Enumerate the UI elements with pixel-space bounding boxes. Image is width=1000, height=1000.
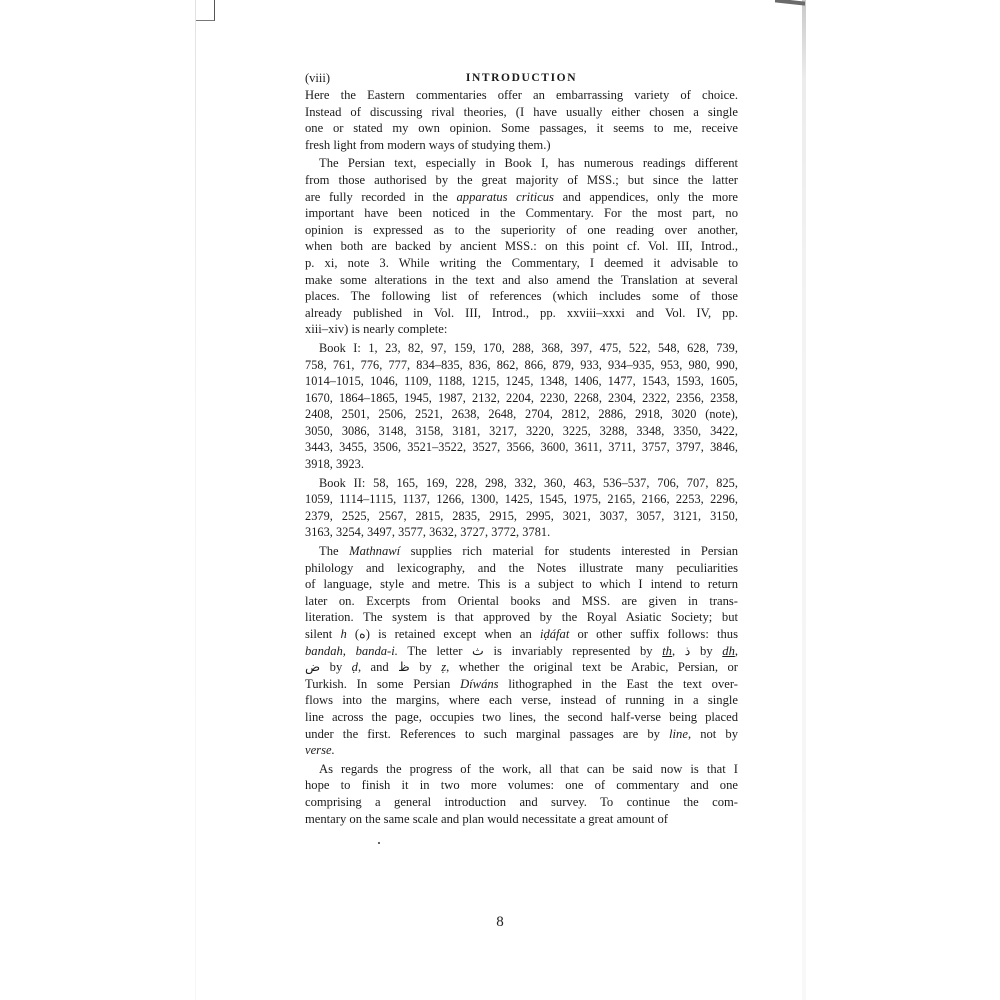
text-line: The Persian text, especially in Book I, … [305, 155, 738, 172]
text-line: 3918, 3923. [305, 456, 738, 473]
text-line: 3443, 3455, 3506, 3521–3522, 3527, 3566,… [305, 439, 738, 456]
text-line: Turkish. In some Persian Díwáns lithogra… [305, 676, 738, 693]
text-line: important have been noticed in the Comme… [305, 205, 738, 222]
text-line: Book II: 58, 165, 169, 228, 298, 332, 36… [305, 475, 738, 492]
text-line: 3163, 3254, 3497, 3577, 3632, 3727, 3772… [305, 524, 738, 541]
text-line: silent h (ه) is retained except when an … [305, 626, 738, 643]
text-line: make some alterations in the text and al… [305, 272, 738, 289]
text-line: opinion is expressed as to the superiori… [305, 222, 738, 239]
paragraph-book1: Book I: 1, 23, 82, 97, 159, 170, 288, 36… [305, 340, 738, 473]
chapter-title: INTRODUCTION [466, 70, 577, 87]
folio: (viii) [305, 70, 330, 87]
text-line: comprising a general introduction and su… [305, 794, 738, 811]
text-line: mentary on the same scale and plan would… [305, 811, 738, 828]
text-line: 2408, 2501, 2506, 2521, 2638, 2648, 2704… [305, 406, 738, 423]
text-line: ض by ḍ, and ظ by ẓ, whether the original… [305, 659, 738, 676]
running-head: (viii) INTRODUCTION [305, 70, 738, 87]
text-line: As regards the progress of the work, all… [305, 761, 738, 778]
book-page: (viii) INTRODUCTION Here the Eastern com… [305, 70, 738, 827]
text-line: 1059, 1114–1115, 1137, 1266, 1300, 1425,… [305, 491, 738, 508]
scan-crop-mark-right [775, 0, 805, 6]
text-line: 758, 761, 776, 777, 834–835, 836, 862, 8… [305, 357, 738, 374]
text-line: from those authorised by the great major… [305, 172, 738, 189]
paragraph-p4: As regards the progress of the work, all… [305, 761, 738, 827]
text-line: Instead of discussing rival theories, (I… [305, 104, 738, 121]
text-line: 3050, 3086, 3148, 3158, 3181, 3217, 3220… [305, 423, 738, 440]
body-text: Here the Eastern commentaries offer an e… [305, 87, 738, 827]
text-line: flows into the margins, where each verse… [305, 692, 738, 709]
text-line: 2379, 2525, 2567, 2815, 2835, 2915, 2995… [305, 508, 738, 525]
text-line: fresh light from modern ways of studying… [305, 137, 738, 154]
text-line: when both are backed by ancient MSS.: on… [305, 238, 738, 255]
text-line: later on. Excerpts from Oriental books a… [305, 593, 738, 610]
paragraph-p2: The Persian text, especially in Book I, … [305, 155, 738, 338]
text-line: 1014–1015, 1046, 1109, 1188, 1215, 1245,… [305, 373, 738, 390]
text-line: one or stated my own opinion. Some passa… [305, 120, 738, 137]
text-line: p. xi, note 3. While writing the Comment… [305, 255, 738, 272]
text-line: xiii–xiv) is nearly complete: [305, 321, 738, 338]
paragraph-book2: Book II: 58, 165, 169, 228, 298, 332, 36… [305, 475, 738, 541]
page-number: 8 [0, 914, 1000, 931]
text-line: bandah, banda-i. The letter ث is invaria… [305, 643, 738, 660]
text-line: already published in Vol. III, Introd., … [305, 305, 738, 322]
scan-crop-mark [196, 0, 215, 21]
text-line: 1670, 1864–1865, 1945, 1987, 2132, 2204,… [305, 390, 738, 407]
text-line: verse. [305, 742, 738, 759]
text-line: line across the page, occupies two lines… [305, 709, 738, 726]
text-line: under the first. References to such marg… [305, 726, 738, 743]
text-line: places. The following list of references… [305, 288, 738, 305]
text-line: are fully recorded in the apparatus crit… [305, 189, 738, 206]
ink-speck [378, 842, 380, 844]
text-line: Here the Eastern commentaries offer an e… [305, 87, 738, 104]
text-line: philology and lexicography, and the Note… [305, 560, 738, 577]
paragraph-p3: The Mathnawí supplies rich material for … [305, 543, 738, 759]
text-line: Book I: 1, 23, 82, 97, 159, 170, 288, 36… [305, 340, 738, 357]
paragraph-p1: Here the Eastern commentaries offer an e… [305, 87, 738, 153]
text-line: of language, style and metre. This is a … [305, 576, 738, 593]
text-line: literation. The system is that approved … [305, 609, 738, 626]
text-line: hope to finish it in two more volumes: o… [305, 777, 738, 794]
scan-edge-left [195, 0, 196, 1000]
scan-edge-right [802, 0, 806, 1000]
text-line: The Mathnawí supplies rich material for … [305, 543, 738, 560]
